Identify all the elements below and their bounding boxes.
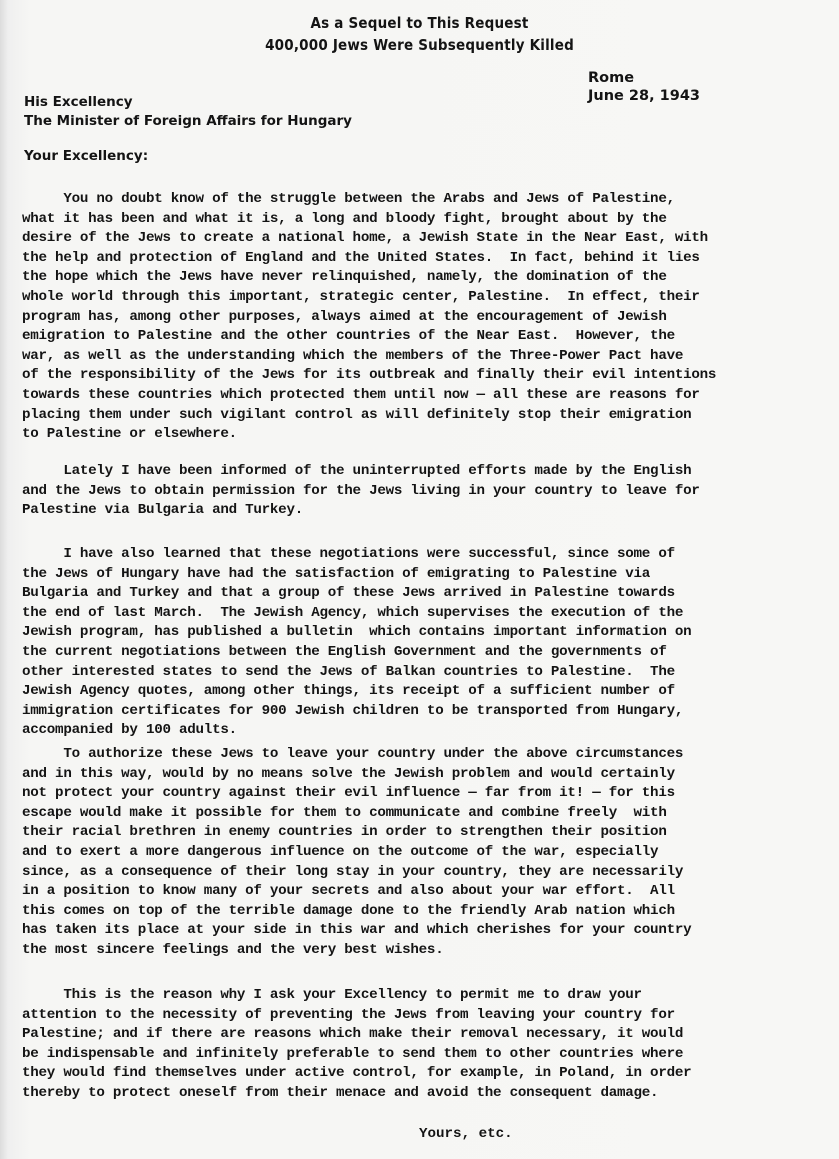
place-and-date: Rome June 28, 1943	[588, 69, 700, 105]
paragraph-line: Jewish Agency quotes, among other things…	[22, 682, 822, 702]
paragraph-line: Jewish program, has published a bulletin…	[22, 623, 822, 643]
editorial-caption: As a Sequel to This Request 400,000 Jews…	[0, 12, 839, 56]
caption-line: As a Sequel to This Request	[0, 12, 839, 34]
paragraph-3: I have also learned that these negotiati…	[22, 545, 822, 741]
letter-place: Rome	[588, 69, 700, 87]
paragraph-line: attention to the necessity of preventing…	[22, 1006, 822, 1026]
paragraph-line: what it has been and what it is, a long …	[22, 210, 822, 230]
recipient-line: His Excellency	[24, 93, 352, 112]
paragraph-4: To authorize these Jews to leave your co…	[22, 745, 822, 961]
paragraph-line: towards these countries which protected …	[22, 386, 822, 406]
salutation: Your Excellency:	[24, 148, 148, 164]
paragraph-line: This is the reason why I ask your Excell…	[22, 986, 822, 1006]
paragraph-line: and the Jews to obtain permission for th…	[22, 482, 822, 502]
paragraph-line: their racial brethren in enemy countries…	[22, 823, 822, 843]
paragraph-line: program has, among other purposes, alway…	[22, 308, 822, 328]
paragraph-line: this comes on top of the terrible damage…	[22, 902, 822, 922]
recipient-line: The Minister of Foreign Affairs for Hung…	[24, 112, 352, 131]
paragraph-line: thereby to protect oneself from their me…	[22, 1084, 822, 1104]
paragraph-line: war, as well as the understanding which …	[22, 347, 822, 367]
paragraph-line: the Jews of Hungary have had the satisfa…	[22, 565, 822, 585]
paragraph-line: placing them under such vigilant control…	[22, 406, 822, 426]
paragraph-2: Lately I have been informed of the unint…	[22, 462, 822, 521]
letter-date: June 28, 1943	[588, 87, 700, 105]
paragraph-line: Lately I have been informed of the unint…	[22, 462, 822, 482]
paragraph-line: and to exert a more dangerous influence …	[22, 843, 822, 863]
paragraph-line: other interested states to send the Jews…	[22, 663, 822, 683]
paragraph-1: You no doubt know of the struggle betwee…	[22, 190, 822, 445]
paragraph-line: the help and protection of England and t…	[22, 249, 822, 269]
paragraph-line: and in this way, would by no means solve…	[22, 765, 822, 785]
paragraph-line: I have also learned that these negotiati…	[22, 545, 822, 565]
paragraph-line: not protect your country against their e…	[22, 784, 822, 804]
paragraph-line: in a position to know many of your secre…	[22, 882, 822, 902]
paragraph-line: Bulgaria and Turkey and that a group of …	[22, 584, 822, 604]
paragraph-line: accompanied by 100 adults.	[22, 721, 822, 741]
paragraph-line: escape would make it possible for them t…	[22, 804, 822, 824]
paragraph-line: To authorize these Jews to leave your co…	[22, 745, 822, 765]
document-page: As a Sequel to This Request 400,000 Jews…	[0, 0, 839, 1159]
closing: Yours, etc.	[419, 1126, 513, 1142]
paragraph-line: since, as a consequence of their long st…	[22, 863, 822, 883]
paragraph-line: whole world through this important, stra…	[22, 288, 822, 308]
paragraph-line: the current negotiations between the Eng…	[22, 643, 822, 663]
paragraph-line: immigration certificates for 900 Jewish …	[22, 702, 822, 722]
paragraph-5: This is the reason why I ask your Excell…	[22, 986, 822, 1104]
paragraph-line: the end of last March. The Jewish Agency…	[22, 604, 822, 624]
paragraph-line: the most sincere feelings and the very b…	[22, 941, 822, 961]
recipient-block: His Excellency The Minister of Foreign A…	[24, 93, 352, 131]
paragraph-line: emigration to Palestine and the other co…	[22, 327, 822, 347]
paragraph-line: the hope which the Jews have never relin…	[22, 268, 822, 288]
paragraph-line: Palestine via Bulgaria and Turkey.	[22, 501, 822, 521]
paragraph-line: of the responsibility of the Jews for it…	[22, 366, 822, 386]
paragraph-line: they would find themselves under active …	[22, 1064, 822, 1084]
paragraph-line: to Palestine or elsewhere.	[22, 425, 822, 445]
paragraph-line: has taken its place at your side in this…	[22, 921, 822, 941]
paragraph-line: be indispensable and infinitely preferab…	[22, 1045, 822, 1065]
paragraph-line: desire of the Jews to create a national …	[22, 229, 822, 249]
paragraph-line: You no doubt know of the struggle betwee…	[22, 190, 822, 210]
caption-line: 400,000 Jews Were Subsequently Killed	[0, 34, 839, 56]
paragraph-line: Palestine; and if there are reasons whic…	[22, 1025, 822, 1045]
